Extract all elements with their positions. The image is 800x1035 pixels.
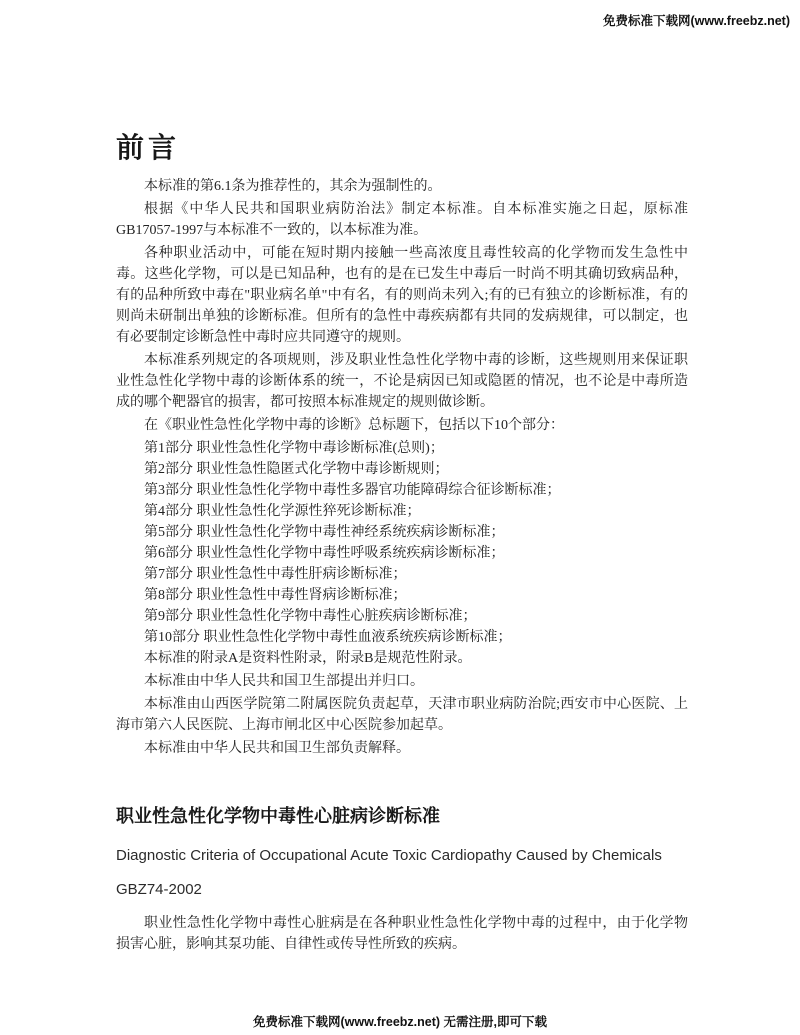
document-page: 免费标准下载网(www.freebz.net) 前言 本标准的第6.1条为推荐性…: [0, 0, 800, 1035]
standard-code: GBZ74-2002: [116, 880, 688, 900]
part-item-10: 第10部分 职业性急性化学物中毒性血液系统疾病诊断标准；: [116, 627, 688, 648]
foreword-closing-paragraph: 本标准由中华人民共和国卫生部提出并归口。: [116, 671, 688, 692]
site-footer-watermark: 免费标准下载网(www.freebz.net) 无需注册,即可下载: [0, 1012, 800, 1030]
part-item-8: 第8部分 职业性急性中毒性肾病诊断标准；: [116, 585, 688, 606]
part-item-2: 第2部分 职业性急性隐匿式化学物中毒诊断规则；: [116, 459, 688, 480]
part-item-3: 第3部分 职业性急性化学物中毒性多器官功能障碍综合征诊断标准；: [116, 480, 688, 501]
standard-title-chinese: 职业性急性化学物中毒性心脏病诊断标准: [116, 804, 688, 828]
foreword-paragraph: 本标准系列规定的各项规则，涉及职业性急性化学物中毒的诊断，这些规则用来保证职业性…: [116, 350, 688, 413]
standard-title-english: Diagnostic Criteria of Occupational Acut…: [116, 844, 688, 867]
foreword-paragraph: 根据《中华人民共和国职业病防治法》制定本标准。自本标准实施之日起，原标准GB17…: [116, 199, 688, 241]
part-item-5: 第5部分 职业性急性化学物中毒性神经系统疾病诊断标准；: [116, 522, 688, 543]
foreword-paragraph: 本标准的第6.1条为推荐性的，其余为强制性的。: [116, 176, 688, 197]
part-item-1: 第1部分 职业性急性化学物中毒诊断标准(总则)；: [116, 438, 688, 459]
foreword-paragraph: 各种职业活动中，可能在短时期内接触一些高浓度且毒性较高的化学物而发生急性中毒。这…: [116, 243, 688, 348]
part-item-9: 第9部分 职业性急性化学物中毒性心脏疾病诊断标准；: [116, 606, 688, 627]
parts-intro: 在《职业性急性化学物中毒的诊断》总标题下，包括以下10个部分：: [116, 415, 688, 436]
part-item-6: 第6部分 职业性急性化学物中毒性呼吸系统疾病诊断标准；: [116, 543, 688, 564]
standard-intro-paragraph: 职业性急性化学物中毒性心脏病是在各种职业性急性化学物中毒的过程中，由于化学物损害…: [116, 913, 688, 955]
part-item-7: 第7部分 职业性急性中毒性肝病诊断标准；: [116, 564, 688, 585]
foreword-closing-paragraph: 本标准由中华人民共和国卫生部负责解释。: [116, 738, 688, 759]
document-content: 前言 本标准的第6.1条为推荐性的，其余为强制性的。 根据《中华人民共和国职业病…: [116, 0, 688, 955]
part-item-4: 第4部分 职业性急性化学源性猝死诊断标准；: [116, 501, 688, 522]
foreword-closing-paragraph: 本标准由山西医学院第二附属医院负责起草，天津市职业病防治院;西安市中心医院、上海…: [116, 694, 688, 736]
foreword-closing-paragraph: 本标准的附录A是资料性附录，附录B是规范性附录。: [116, 648, 688, 669]
foreword-heading: 前言: [116, 132, 688, 164]
